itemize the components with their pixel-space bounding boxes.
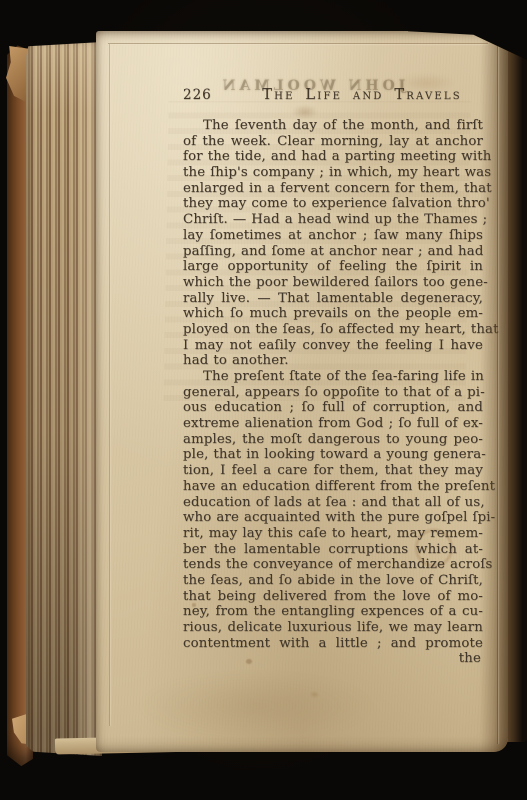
- text-block: 226 The Life and Travels The ſeventh day…: [183, 87, 483, 667]
- text-line: the ſeas, and ſo abide in the love of Ch…: [183, 573, 483, 589]
- gutter-shadow: [480, 31, 508, 752]
- text-line: general, appears ſo oppoſite to that of …: [183, 385, 483, 401]
- running-header: 226 The Life and Travels: [183, 87, 483, 107]
- text-line: ber the lamentable corruptions which at-: [183, 542, 483, 558]
- text-line: ployed on the ſeas, ſo affected my heart…: [183, 322, 483, 338]
- text-line: rally live. — That lamentable degeneracy…: [183, 291, 483, 307]
- text-line: which ſo much prevails on the people em-: [183, 306, 483, 322]
- text-line: had to another.: [183, 353, 483, 369]
- text-line: the ſhip's company ; in which, my heart …: [183, 165, 483, 181]
- text-line: they may come to experience ſalvation th…: [183, 196, 483, 212]
- paper-stain: [136, 671, 376, 741]
- text-line: amples, the moſt dangerous to young peo-: [183, 432, 483, 448]
- text-line: who are acquainted with the pure goſpel …: [183, 510, 483, 526]
- paragraph-1: The ſeventh day of the month, and firſto…: [183, 118, 483, 369]
- foxing-spot: [310, 691, 319, 698]
- text-line: for the tide, and had a parting meeting …: [183, 149, 483, 165]
- page-edge-stack: [26, 42, 102, 756]
- text-line: education of lads at ſea : and that all …: [183, 495, 483, 511]
- photo-background: JOHN WOOLMAN 226 The Life and Travels Th…: [0, 0, 527, 800]
- text-line: large opportunity of feeling the ſpirit …: [183, 259, 483, 275]
- text-line: rious, delicate luxurious life, we may l…: [183, 620, 483, 636]
- text-line: tion, I feel a care for them, that they …: [183, 463, 483, 479]
- text-line: contentment with a little ; and promote: [183, 636, 483, 652]
- text-line: ple, that in looking toward a young gene…: [183, 447, 483, 463]
- text-line: which the poor bewildered ſailors too ge…: [183, 275, 483, 291]
- text-line: have an education different from the pre…: [183, 479, 483, 495]
- paragraph-2: The preſent ſtate of the ſea-faring life…: [183, 369, 483, 651]
- text-line: paſſing, and ſome at anchor near ; and h…: [183, 244, 483, 260]
- text-line: extreme alienation from God ; ſo full of…: [183, 416, 483, 432]
- text-line: The preſent ſtate of the ſea-faring life…: [183, 369, 483, 385]
- text-line: enlarged in a fervent concern for them, …: [183, 181, 483, 197]
- text-line: lay ſometimes at anchor ; ſaw many ſhips: [183, 228, 483, 244]
- emboss-line-top: [108, 43, 488, 44]
- text-line: The ſeventh day of the month, and firſt: [183, 118, 483, 134]
- text-line: ous education ; ſo full of corruption, a…: [183, 400, 483, 416]
- text-line: rit, may lay this caſe to heart, may rem…: [183, 526, 483, 542]
- text-line: that being delivered from the love of mo…: [183, 589, 483, 605]
- running-title: The Life and Travels: [241, 87, 483, 103]
- text-line: I may not eaſily convey the feeling I ha…: [183, 338, 483, 354]
- page-number: 226: [183, 88, 241, 104]
- text-line: tends the conveyance of merchandize acro…: [183, 557, 483, 573]
- emboss-line-left: [109, 44, 110, 726]
- page-crease: [497, 41, 498, 744]
- book-page: JOHN WOOLMAN 226 The Life and Travels Th…: [96, 31, 508, 752]
- text-line: ney, from the entangling expences of a c…: [183, 604, 483, 620]
- catchword: the: [183, 651, 483, 667]
- text-line: Chriſt. — Had a head wind up the Thames …: [183, 212, 483, 228]
- text-line: of the week. Clear morning, lay at ancho…: [183, 134, 483, 150]
